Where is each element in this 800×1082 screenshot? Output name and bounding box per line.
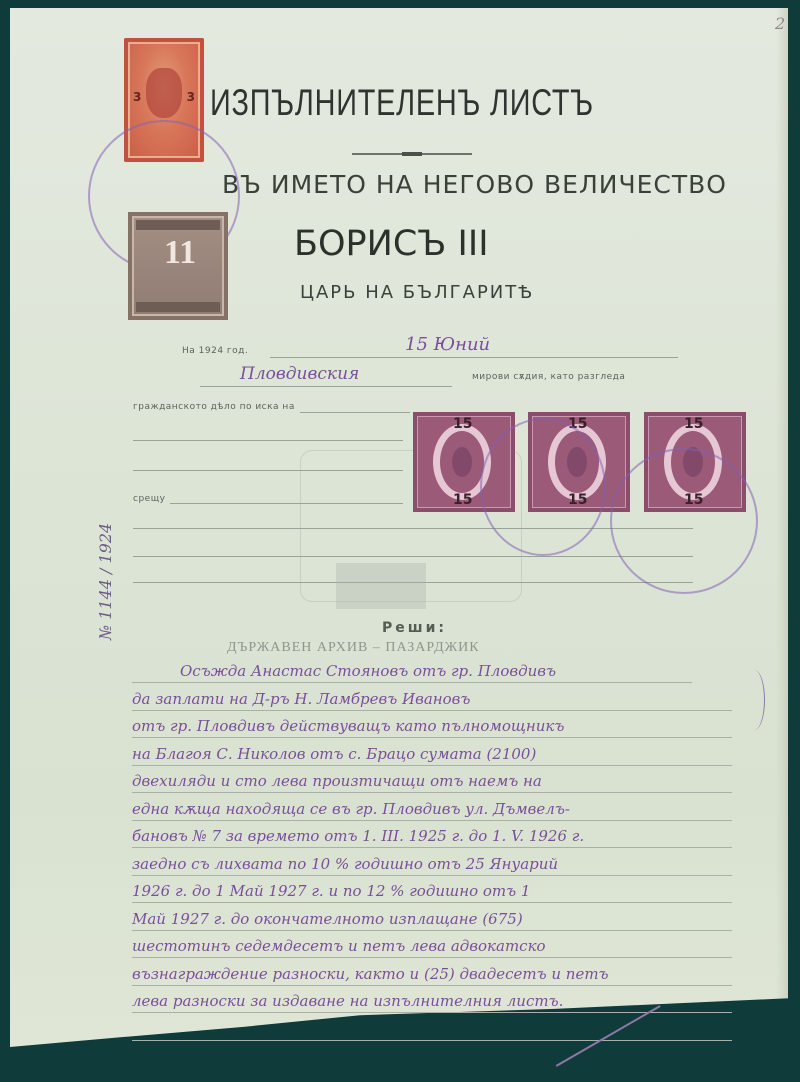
- document-heading: ИЗПЪЛНИТЕЛЕНЪ ЛИСТЪ: [210, 82, 594, 124]
- stamp-value: 11: [164, 234, 196, 272]
- ruled-line: [132, 847, 732, 848]
- form-line: [270, 357, 678, 358]
- case-printed-text: гражданското дѣло по иска на: [133, 402, 295, 412]
- revenue-stamp-brown: 11: [128, 212, 228, 320]
- decision-line: 1926 г. до 1 Май 1927 г. и по 12 % годиш…: [132, 882, 530, 900]
- ruled-line: [132, 820, 732, 821]
- divider: [352, 153, 472, 155]
- decision-line: заедно съ лихвата по 10 % годишно отъ 25…: [132, 855, 558, 873]
- stamp-value: 3: [187, 90, 195, 104]
- date-label: На 1924 год.: [182, 346, 248, 356]
- ruled-line: [132, 985, 732, 986]
- side-registration-note: № 1144 / 1924: [96, 523, 115, 640]
- decision-line: Осъжда Анастас Стояновъ отъ гр. Пловдивъ: [180, 662, 556, 680]
- ruled-line: [132, 765, 732, 766]
- decision-line: лева разноски за издаване на изпълнителн…: [132, 992, 563, 1010]
- form-line: [133, 440, 403, 441]
- ruled-line: [132, 1012, 732, 1013]
- pen-stroke: [556, 1005, 661, 1066]
- page-number: 2: [775, 14, 785, 33]
- archive-stamp: ДЪРЖАВЕН АРХИВ – ПАЗАРДЖИК: [227, 640, 480, 656]
- ruled-line: [132, 792, 732, 793]
- ruled-line: [132, 737, 732, 738]
- decision-line: бановъ № 7 за времето отъ 1. III. 1925 г…: [132, 827, 584, 845]
- ruled-line: [132, 682, 692, 683]
- handwritten-date: 15 Юний: [405, 334, 490, 355]
- decision-line: да заплати на Д-ръ Н. Ламбревъ Ивановъ: [132, 690, 470, 708]
- official-seal: [610, 448, 758, 594]
- in-the-name-line: ВЪ ИМЕТО НА НЕГОВО ВЕЛИЧЕСТВО: [222, 170, 727, 199]
- against-printed-text: срещу: [133, 494, 166, 504]
- official-seal: [480, 418, 606, 556]
- court-printed-text: мирови сѫдия, като разгледа: [472, 372, 625, 382]
- decision-line: Май 1927 г. до окончателното изплащане (…: [132, 910, 523, 928]
- coat-of-arms-icon: [146, 68, 182, 118]
- handwritten-court: Пловдивския: [240, 364, 359, 384]
- ruled-line: [132, 902, 732, 903]
- decision-line: на Благоя С. Николов отъ с. Брацо сумата…: [132, 745, 536, 763]
- decision-line: отъ гр. Пловдивъ действуващъ като пълном…: [132, 717, 564, 735]
- ruled-line: [132, 875, 732, 876]
- stamp-value: 3: [133, 90, 141, 104]
- decision-line: шестотинъ седемдесетъ и петъ лева адвока…: [132, 937, 546, 955]
- watermark-block: [336, 563, 426, 609]
- monarch-title: ЦАРЬ НА БЪЛГАРИТѢ: [300, 282, 534, 303]
- decided-label: Реши:: [382, 620, 447, 636]
- decision-line: възнаграждение разноски, както и (25) дв…: [132, 965, 609, 983]
- form-line: [200, 386, 452, 387]
- ruled-line: [132, 1040, 732, 1041]
- bracket-mark: [744, 670, 765, 730]
- decision-line: една кѫща находяща се въ гр. Пловдивъ ул…: [132, 800, 570, 818]
- decision-line: двехиляди и сто лева произтичащи отъ нае…: [132, 772, 542, 790]
- ruled-line: [132, 957, 732, 958]
- ruled-line: [132, 930, 732, 931]
- monarch-name: БОРИСЪ III: [294, 224, 489, 264]
- form-line: [300, 412, 410, 413]
- ruled-line: [132, 710, 732, 711]
